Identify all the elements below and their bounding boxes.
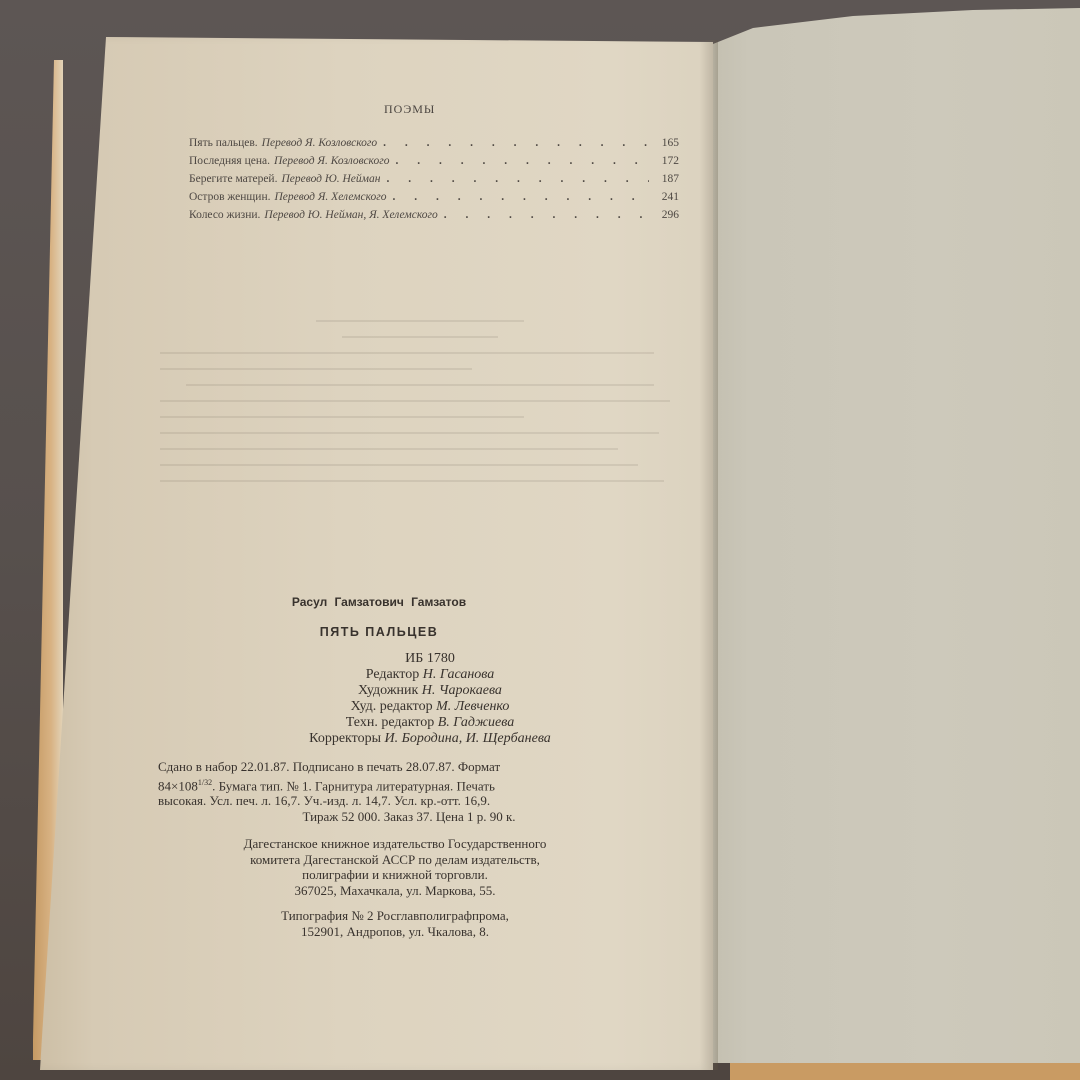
toc-entry-page: 172 xyxy=(655,155,679,167)
toc-leader-dots: . . . . . . . . . . . . . . . . xyxy=(393,191,649,203)
credit-role: Редактор xyxy=(366,667,420,682)
publisher-line: Дагестанское книжное издательство Госуда… xyxy=(150,836,640,852)
credit-name: И. Бородина, И. Щербанева xyxy=(384,731,550,746)
publisher-line: полиграфии и книжной торговли. xyxy=(150,867,640,883)
toc-heading: ПОЭМЫ xyxy=(384,102,435,117)
credit-name: Н. Гасанова xyxy=(423,667,495,682)
format-size: 84×108 xyxy=(158,778,198,793)
publisher-line: комитета Дагестанской АССР по делам изда… xyxy=(150,852,640,868)
toc-entry-title: Берегите матерей. xyxy=(189,173,277,185)
specs-line-1: Сдано в набор 22.01.87. Подписано в печа… xyxy=(158,759,660,775)
credit-role: Техн. редактор xyxy=(346,715,434,730)
credit-role: Художник xyxy=(358,683,418,698)
toc-entry-page: 165 xyxy=(655,137,679,149)
publisher-address: 367025, Махачкала, ул. Маркова, 55. xyxy=(150,883,640,899)
book-title: ПЯТЬ ПАЛЬЦЕВ xyxy=(88,625,670,639)
toc-entry-translator: Перевод Я. Хелемского xyxy=(274,191,386,203)
credit-line: Техн. редактор В. Гаджиева xyxy=(190,715,670,731)
credit-role: Худ. редактор xyxy=(351,699,433,714)
specs-line-2-rest: . Бумага тип. № 1. Гарнитура литературна… xyxy=(212,778,495,793)
publisher-block: Дагестанское книжное издательство Госуда… xyxy=(150,836,670,898)
printer-line: Типография № 2 Росглавполиграфпрома, xyxy=(150,908,640,924)
toc-entry: Берегите матерей. Перевод Ю. Нейман . . … xyxy=(189,173,679,191)
toc-entry-translator: Перевод Я. Козловского xyxy=(274,155,389,167)
toc-entry-page: 241 xyxy=(655,191,679,203)
toc-leader-dots: . . . . . . . . . . . . . . . . xyxy=(395,155,649,167)
toc-entry: Последняя цена. Перевод Я. Козловского .… xyxy=(189,155,679,173)
credit-name: М. Левченко xyxy=(436,699,509,714)
table-of-contents: Пять пальцев. Перевод Я. Козловского . .… xyxy=(189,137,679,227)
toc-leader-dots: . . . . . . . . . . . . . . . . xyxy=(444,209,649,221)
credit-line: Редактор Н. Гасанова xyxy=(190,667,670,683)
credit-role: Корректоры xyxy=(309,731,381,746)
toc-leader-dots: . . . . . . . . . . . . . . . . xyxy=(386,173,649,185)
toc-entry: Колесо жизни. Перевод Ю. Нейман, Я. Хеле… xyxy=(189,209,679,227)
show-through-text xyxy=(160,320,680,560)
colophon: Расул Гамзатович Гамзатов ПЯТЬ ПАЛЬЦЕВ И… xyxy=(150,595,670,939)
toc-entry-title: Остров женщин. xyxy=(189,191,270,203)
toc-entry-translator: Перевод Ю. Нейман, Я. Хелемского xyxy=(264,209,437,221)
credit-name: В. Гаджиева xyxy=(438,715,514,730)
credit-line: Художник Н. Чарокаева xyxy=(190,683,670,699)
toc-entry-translator: Перевод Ю. Нейман xyxy=(281,173,380,185)
toc-entry-title: Последняя цена. xyxy=(189,155,270,167)
specs-line-2: 84×1081/32. Бумага тип. № 1. Гарнитура л… xyxy=(158,775,660,794)
toc-entry-title: Колесо жизни. xyxy=(189,209,260,221)
specs-line-3: высокая. Усл. печ. л. 16,7. Уч.-изд. л. … xyxy=(158,793,660,809)
toc-leader-dots: . . . . . . . . . . . . . . . . xyxy=(383,137,649,149)
printer-address: 152901, Андропов, ул. Чкалова, 8. xyxy=(150,924,640,940)
credits-block: ИБ 1780 Редактор Н. Гасанова Художник Н.… xyxy=(190,651,670,747)
format-fraction: 1/32 xyxy=(198,778,212,787)
credit-line: Худ. редактор М. Левченко xyxy=(190,699,670,715)
printer-block: Типография № 2 Росглавполиграфпрома, 152… xyxy=(150,908,670,939)
ib-number: ИБ 1780 xyxy=(190,651,670,667)
page-content: ПОЭМЫ Пять пальцев. Перевод Я. Козловско… xyxy=(0,0,1080,1080)
credit-line: Корректоры И. Бородина, И. Щербанева xyxy=(190,731,670,747)
author-name: Расул Гамзатович Гамзатов xyxy=(88,595,670,609)
specs-line-4: Тираж 52 000. Заказ 37. Цена 1 р. 90 к. xyxy=(158,809,660,825)
toc-entry: Пять пальцев. Перевод Я. Козловского . .… xyxy=(189,137,679,155)
toc-entry: Остров женщин. Перевод Я. Хелемского . .… xyxy=(189,191,679,209)
toc-entry-page: 296 xyxy=(655,209,679,221)
toc-entry-title: Пять пальцев. xyxy=(189,137,258,149)
print-specs: Сдано в набор 22.01.87. Подписано в печа… xyxy=(150,759,670,824)
credit-name: Н. Чарокаева xyxy=(422,683,502,698)
toc-entry-page: 187 xyxy=(655,173,679,185)
toc-entry-translator: Перевод Я. Козловского xyxy=(262,137,377,149)
